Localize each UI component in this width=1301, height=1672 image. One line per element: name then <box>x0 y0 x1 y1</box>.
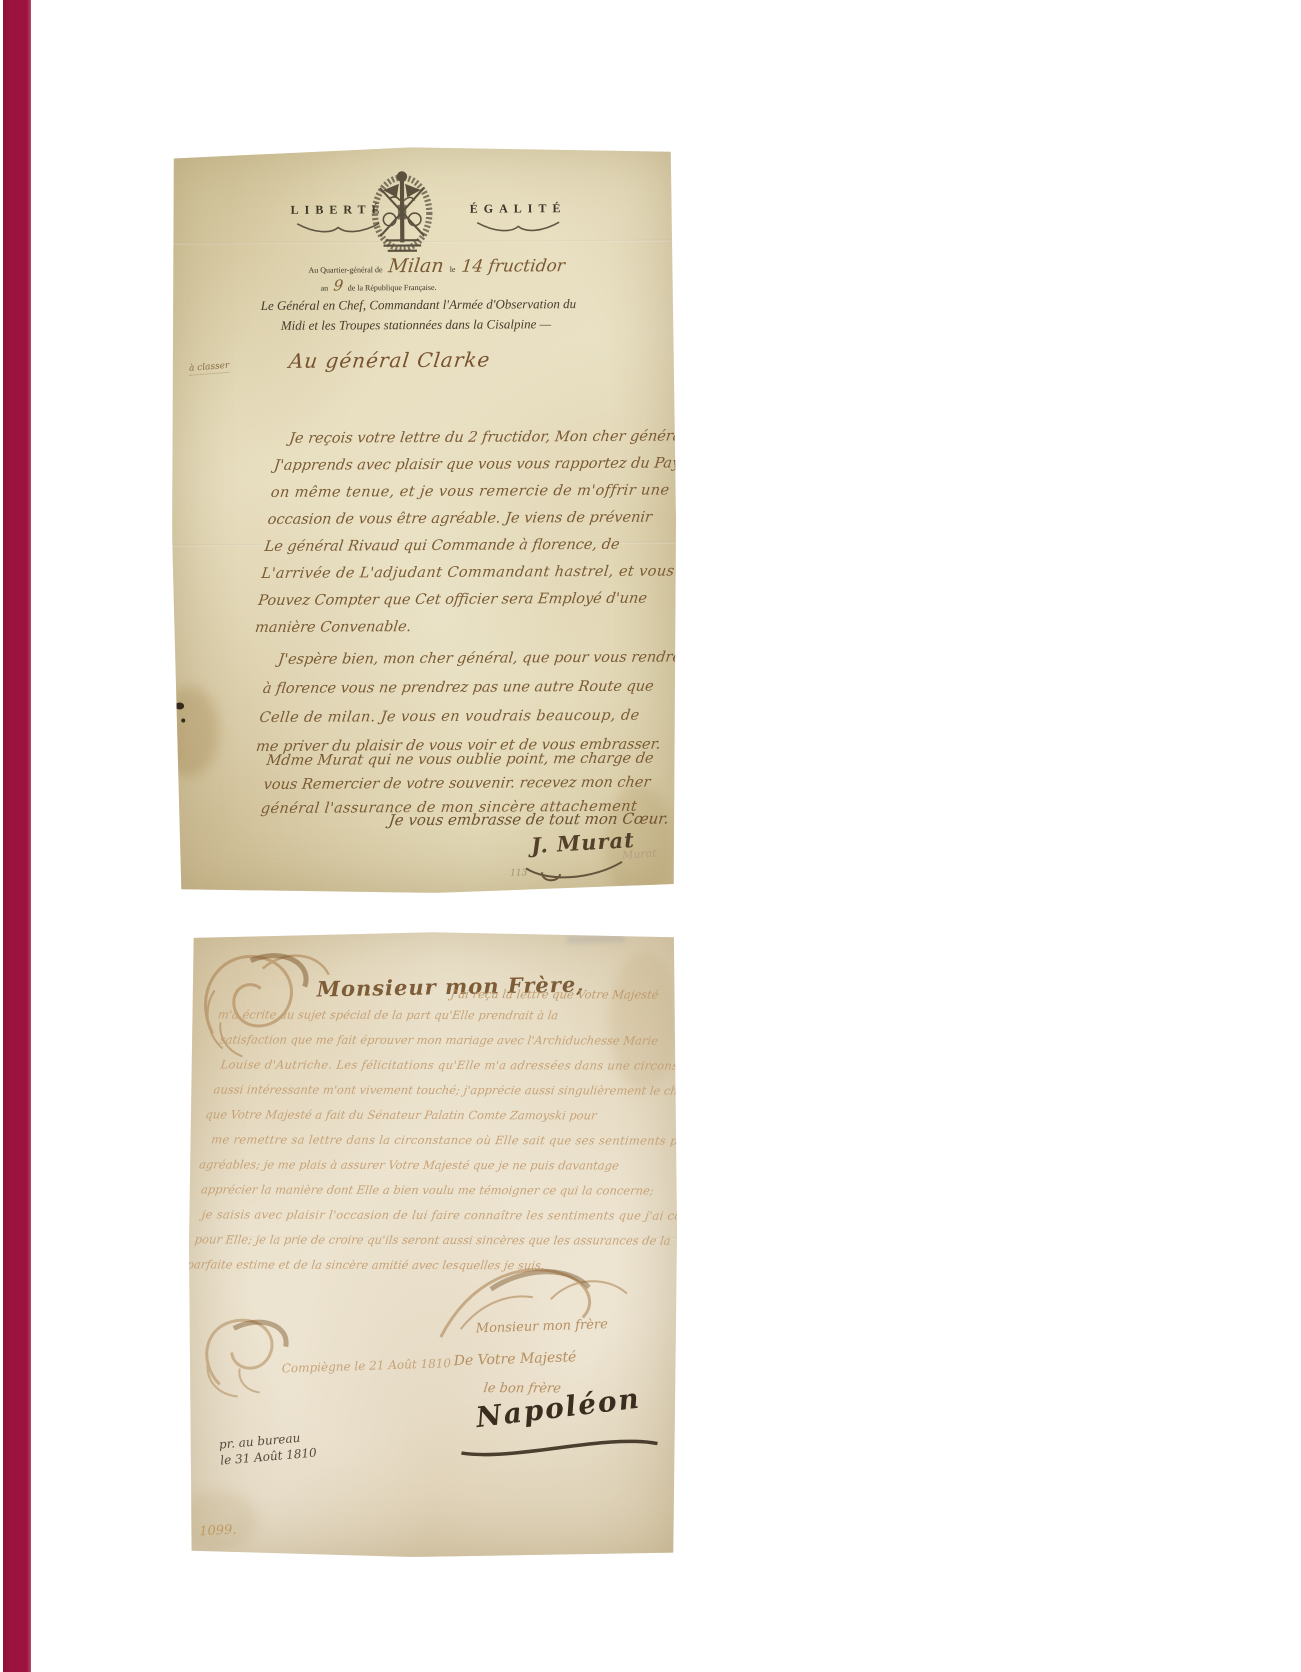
ink-blot <box>181 718 185 722</box>
dateline-row-2: an 9 de la République Française. <box>321 276 437 295</box>
pencil-annotation: Murat <box>622 846 657 862</box>
murat-signature: J. Murat <box>530 827 635 858</box>
lot-number: 1099. <box>199 1523 237 1540</box>
signature-paraph <box>522 856 632 883</box>
handwritten-line: je saisis avec plaisir l'occasion de lui… <box>200 1202 656 1228</box>
ink-blot <box>175 702 184 709</box>
handwritten-line: Mdme Murat qui ne vous oublie point, me … <box>265 746 672 772</box>
dateline-row-1: Au Quartier-général de Milan le 14 fruct… <box>308 254 565 278</box>
printed-heading: Le Général en Chef, Commandant l'Armée d… <box>261 294 621 336</box>
heading-line: Midi et les Troupes stationnées dans la … <box>281 314 621 336</box>
handwritten-line: Le général Rivaud qui Commande à florenc… <box>263 532 666 561</box>
handwritten-line: occasion de vous être agréable. Je viens… <box>266 505 669 534</box>
addressee-line: Au général Clarke <box>288 348 492 373</box>
handwritten-line: Je reçois votre lettre du 2 fructidor, M… <box>288 423 679 452</box>
body-paragraph-2: J'espère bien, mon cher général, que pou… <box>254 643 674 762</box>
printed-quartier-label: Au Quartier-général de <box>308 265 382 274</box>
handwritten-line: Celle de milan. Je vous en voudrais beau… <box>258 702 667 734</box>
handwritten-line: apprécier la manière dont Elle a bien vo… <box>199 1177 659 1203</box>
handwritten-line: J'apprends avec plaisir que vous vous ra… <box>272 450 675 479</box>
body-paragraph-1: Je reçois votre lettre du 2 fructidor, M… <box>253 423 678 642</box>
handwritten-date: 14 fructidor <box>460 256 566 277</box>
handwritten-line: me remettre sa lettre dans la circonstan… <box>210 1127 666 1153</box>
handwritten-line: vous Remercier de votre souvenir. receve… <box>262 771 669 797</box>
catalog-page: { "page": { "background_color": "#ffffff… <box>0 0 1301 1672</box>
printed-le-label: le <box>450 265 456 274</box>
calligraphic-flourish <box>194 1296 326 1408</box>
printed-egalite-label: ÉGALITÉ <box>458 201 578 217</box>
faded-body-lines: m'a écrite au sujet spécial de la part q… <box>187 1002 678 1278</box>
handwritten-line: m'a écrite au sujet spécial de la part q… <box>216 1002 677 1028</box>
heading-line: Le Général en Chef, Commandant l'Armée d… <box>261 294 621 316</box>
document-murat-letter: LIBERTÉ ÉGALITÉ Au Quartier-général de M… <box>170 143 679 894</box>
salutation-continuation: J'ai reçu la lettre que Votre Majesté <box>450 987 660 1002</box>
handwritten-line: manière Convenable. <box>253 613 656 642</box>
swash-ornament <box>475 219 561 234</box>
handwritten-line: J'espère bien, mon cher général, que pou… <box>277 643 674 674</box>
handwritten-line: pour Elle; je la prie de croire qu'ils s… <box>193 1227 653 1253</box>
closing-line: Je vous embrasse de tout mon Cœur. <box>388 810 670 830</box>
handwritten-line: Louise d'Autriche. Les félicitations qu'… <box>219 1052 675 1078</box>
handwritten-line: on même tenue, et je vous remercie de m'… <box>269 477 672 506</box>
handwritten-line: agréables; je me plais à assurer Votre M… <box>198 1152 663 1178</box>
handwritten-line: L'arrivée de L'adjudant Commandant hastr… <box>260 559 663 588</box>
handwritten-line: satisfaction que me fait éprouver mon ma… <box>218 1027 678 1053</box>
faint-pencil-mark <box>567 933 625 944</box>
closing-line-2: De Votre Majesté <box>453 1349 576 1369</box>
margin-note: à classer <box>189 361 230 376</box>
republic-emblem-icon <box>370 167 435 259</box>
handwritten-line: que Votre Majesté a fait du Sénateur Pal… <box>204 1102 669 1128</box>
signature-underline-swash <box>455 1431 665 1462</box>
document-napoleon-letter: Monsieur mon Frère, J'ai reçu la lettre … <box>187 930 678 1557</box>
swash-ornament <box>295 220 381 235</box>
printed-an-label: an <box>321 284 329 293</box>
bureau-received-note: pr. au bureau le 31 Août 1810 <box>218 1429 317 1469</box>
handwritten-line: aussi intéressante m'ont vivement touché… <box>212 1077 672 1103</box>
pencil-number: 113 <box>510 868 527 878</box>
handwritten-line: à florence vous ne prendrez pas une autr… <box>261 672 670 704</box>
handwritten-line: Pouvez Compter que Cet officier sera Emp… <box>257 586 660 615</box>
handwritten-year: 9 <box>332 276 344 294</box>
calligraphic-flourish <box>431 1259 636 1352</box>
paper-stain <box>187 1490 257 1550</box>
left-accent-bar <box>3 0 31 1672</box>
printed-republique-label: de la République Française. <box>348 283 437 293</box>
handwritten-place: Milan <box>387 255 445 277</box>
paper-stain <box>170 686 220 776</box>
